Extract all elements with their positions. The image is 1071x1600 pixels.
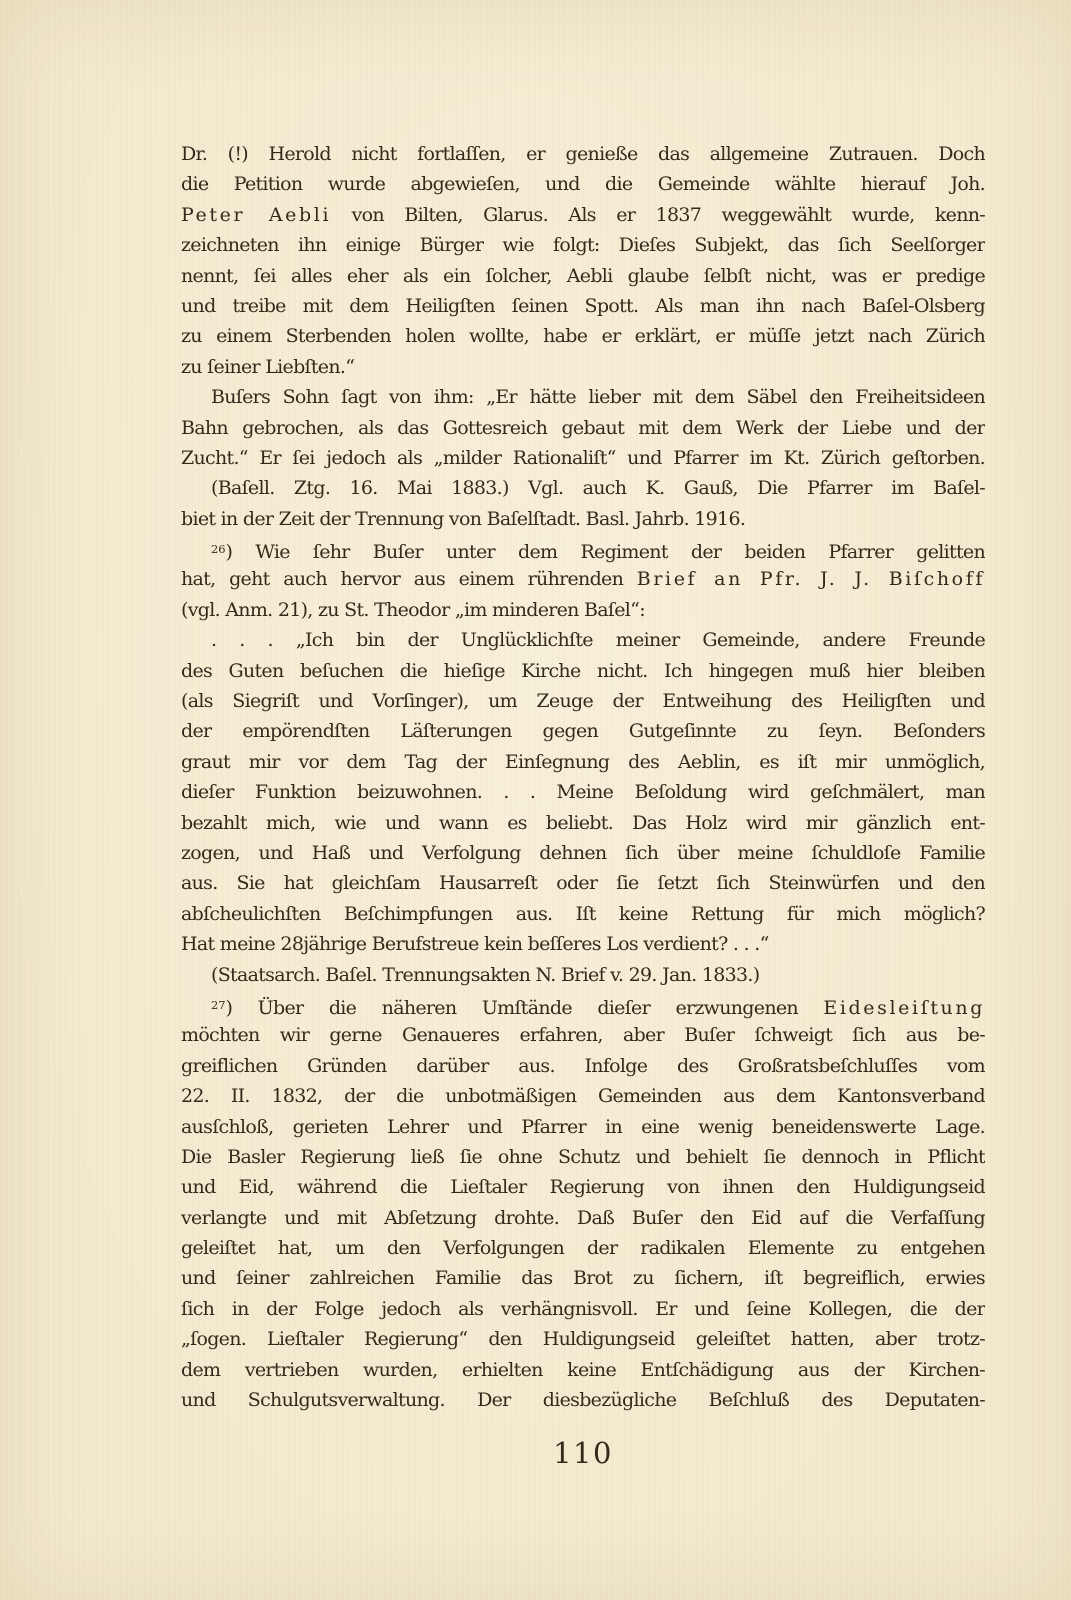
text-line: bezahlt mich, wie und wann es beliebt. D… — [181, 808, 985, 838]
text-segment: bezahlt mich, wie und wann es beliebt. D… — [181, 812, 985, 834]
text-line: und treibe mit dem Heiligſten ſeinen Spo… — [181, 291, 985, 321]
text-line: zeichneten ihn einige Bürger wie folgt: … — [181, 230, 985, 260]
text-segment: ausſchloß, gerieten Lehrer und Pfarrer i… — [181, 1116, 985, 1138]
text-segment: Die Basler Regierung ließ ſie ohne Schut… — [181, 1146, 985, 1168]
text-line: (vgl. Anm. 21), zu St. Theodor „im minde… — [181, 595, 985, 625]
text-segment: möchten wir gerne Genaueres erfahren, ab… — [181, 1024, 985, 1046]
text-segment: hat, geht auch hervor aus einem rührende… — [181, 568, 637, 590]
text-segment: der empörendſten Läſterungen gegen Gutge… — [181, 720, 985, 742]
text-segment: „ſogen. Lieſtaler Regierung“ den Huldigu… — [181, 1328, 985, 1350]
text-line: Die Basler Regierung ließ ſie ohne Schut… — [181, 1142, 985, 1172]
text-line: hat, geht auch hervor aus einem rührende… — [181, 564, 985, 594]
text-block: Dr. (!) Herold nicht fortlaſſen, er geni… — [181, 139, 985, 1415]
text-line: nennt, ſei alles eher als ein ſolcher, A… — [181, 261, 985, 291]
footnote-number: 27 — [211, 998, 226, 1012]
text-line: Hat meine 28jährige Berufstreue kein beſ… — [181, 929, 985, 959]
letterspaced-text: Brief an Pfr. J. J. Biſchoff — [637, 568, 985, 590]
text-line: zu ſeiner Liebſten.“ — [181, 352, 985, 382]
text-line: (Staatsarch. Baſel. Trennungsakten N. Br… — [181, 960, 985, 990]
text-line: Zucht.“ Er ſei jedoch als „milder Ration… — [181, 443, 985, 473]
text-line: verlangte und mit Abſetzung drohte. Daß … — [181, 1203, 985, 1233]
text-segment: nennt, ſei alles eher als ein ſolcher, A… — [181, 265, 985, 287]
text-segment: zu einem Sterbenden holen wollte, habe e… — [181, 325, 985, 347]
text-segment: zogen, und Haß und Verfolgung dehnen ſic… — [181, 842, 985, 864]
letterspaced-text: Peter Aebli — [181, 204, 331, 226]
text-segment: ) Wie ſehr Buſer unter dem Regiment der … — [226, 541, 986, 563]
text-segment: aus. Sie hat gleichſam Hausarreſt oder ſ… — [181, 872, 985, 894]
text-segment: zu ſeiner Liebſten.“ — [181, 356, 354, 378]
text-line: ſich in der Folge jedoch als verhängnisv… — [181, 1294, 985, 1324]
text-line: biet in der Zeit der Trennung von Baſelſ… — [181, 504, 985, 534]
text-line: und ſeiner zahlreichen Familie das Brot … — [181, 1263, 985, 1293]
text-line: dem vertrieben wurden, erhielten keine E… — [181, 1355, 985, 1385]
text-line: (Baſell. Ztg. 16. Mai 1883.) Vgl. auch K… — [181, 473, 985, 503]
text-segment: Bahn gebrochen, als das Gottesreich geba… — [181, 417, 985, 439]
text-line: zogen, und Haß und Verfolgung dehnen ſic… — [181, 838, 985, 868]
text-line: Bahn gebrochen, als das Gottesreich geba… — [181, 413, 985, 443]
text-line: 22. II. 1832, der die unbotmäßigen Gemei… — [181, 1081, 985, 1111]
text-segment: des Guten beſuchen die hieſige Kirche ni… — [181, 660, 985, 682]
text-line: Buſers Sohn ſagt von ihm: „Er hätte lieb… — [181, 382, 985, 412]
text-segment: und treibe mit dem Heiligſten ſeinen Spo… — [181, 295, 985, 317]
text-line: aus. Sie hat gleichſam Hausarreſt oder ſ… — [181, 868, 985, 898]
text-segment: (vgl. Anm. 21), zu St. Theodor „im minde… — [181, 599, 645, 621]
text-line: der empörendſten Läſterungen gegen Gutge… — [181, 716, 985, 746]
text-segment: und Eid, während die Lieſtaler Regierung… — [181, 1176, 985, 1198]
text-line: . . . „Ich bin der Unglücklichſte meiner… — [181, 625, 985, 655]
text-segment: . . . „Ich bin der Unglücklichſte meiner… — [211, 629, 985, 651]
text-segment: Dr. (!) Herold nicht fortlaſſen, er geni… — [181, 143, 985, 165]
text-segment: 22. II. 1832, der die unbotmäßigen Gemei… — [181, 1085, 985, 1107]
text-line: zu einem Sterbenden holen wollte, habe e… — [181, 321, 985, 351]
text-segment: die Petition wurde abgewieſen, und die G… — [181, 173, 985, 195]
text-segment: Hat meine 28jährige Berufstreue kein beſ… — [181, 933, 769, 955]
text-segment: biet in der Zeit der Trennung von Baſelſ… — [181, 508, 745, 530]
text-line: geleiſtet hat, um den Verfolgungen der r… — [181, 1233, 985, 1263]
text-segment: dem vertrieben wurden, erhielten keine E… — [181, 1359, 985, 1381]
page-number: 110 — [181, 1436, 985, 1470]
text-segment: graut mir vor dem Tag der Einſegnung des… — [181, 751, 985, 773]
text-segment: ) Über die näheren Umſtände dieſer erzwu… — [226, 997, 824, 1019]
text-line: ausſchloß, gerieten Lehrer und Pfarrer i… — [181, 1112, 985, 1142]
text-segment: dieſer Funktion beizuwohnen. . . Meine B… — [181, 781, 985, 803]
text-line: möchten wir gerne Genaueres erfahren, ab… — [181, 1020, 985, 1050]
text-segment: zeichneten ihn einige Bürger wie folgt: … — [181, 234, 985, 256]
letterspaced-text: Eidesleiſtung — [823, 997, 985, 1019]
text-line: und Eid, während die Lieſtaler Regierung… — [181, 1172, 985, 1202]
text-line: graut mir vor dem Tag der Einſegnung des… — [181, 747, 985, 777]
text-line: abſcheulichſten Beſchimpfungen aus. Iſt … — [181, 899, 985, 929]
text-segment: geleiſtet hat, um den Verfolgungen der r… — [181, 1237, 985, 1259]
text-segment: und ſeiner zahlreichen Familie das Brot … — [181, 1267, 985, 1289]
text-line: die Petition wurde abgewieſen, und die G… — [181, 169, 985, 199]
text-segment: und Schulgutsverwaltung. Der diesbezügli… — [181, 1389, 985, 1411]
text-line: Peter Aebli von Bilten, Glarus. Als er 1… — [181, 200, 985, 230]
text-segment: von Bilten, Glarus. Als er 1837 weggewäh… — [331, 204, 985, 226]
text-segment: verlangte und mit Abſetzung drohte. Daß … — [181, 1207, 985, 1229]
text-line: dieſer Funktion beizuwohnen. . . Meine B… — [181, 777, 985, 807]
text-line: Dr. (!) Herold nicht fortlaſſen, er geni… — [181, 139, 985, 169]
text-line: 26) Wie ſehr Buſer unter dem Regiment de… — [181, 534, 985, 564]
text-segment: greiflichen Gründen darüber aus. Infolge… — [181, 1055, 985, 1077]
text-line: des Guten beſuchen die hieſige Kirche ni… — [181, 656, 985, 686]
scanned-book-page: { "page": { "paper_color": "#f3e9ce", "i… — [0, 0, 1071, 1600]
text-segment: abſcheulichſten Beſchimpfungen aus. Iſt … — [181, 903, 985, 925]
text-segment: (Staatsarch. Baſel. Trennungsakten N. Br… — [211, 964, 759, 986]
footnote-number: 26 — [211, 542, 226, 556]
text-segment: ſich in der Folge jedoch als verhängnisv… — [181, 1298, 985, 1320]
text-line: (als Siegriſt und Vorſinger), um Zeuge d… — [181, 686, 985, 716]
text-segment: (Baſell. Ztg. 16. Mai 1883.) Vgl. auch K… — [211, 477, 985, 499]
text-segment: (als Siegriſt und Vorſinger), um Zeuge d… — [181, 690, 985, 712]
text-segment: Zucht.“ Er ſei jedoch als „milder Ration… — [181, 447, 985, 469]
text-line: und Schulgutsverwaltung. Der diesbezügli… — [181, 1385, 985, 1415]
text-line: greiflichen Gründen darüber aus. Infolge… — [181, 1051, 985, 1081]
text-line: 27) Über die näheren Umſtände dieſer erz… — [181, 990, 985, 1020]
text-line: „ſogen. Lieſtaler Regierung“ den Huldigu… — [181, 1324, 985, 1354]
text-segment: Buſers Sohn ſagt von ihm: „Er hätte lieb… — [211, 386, 985, 408]
